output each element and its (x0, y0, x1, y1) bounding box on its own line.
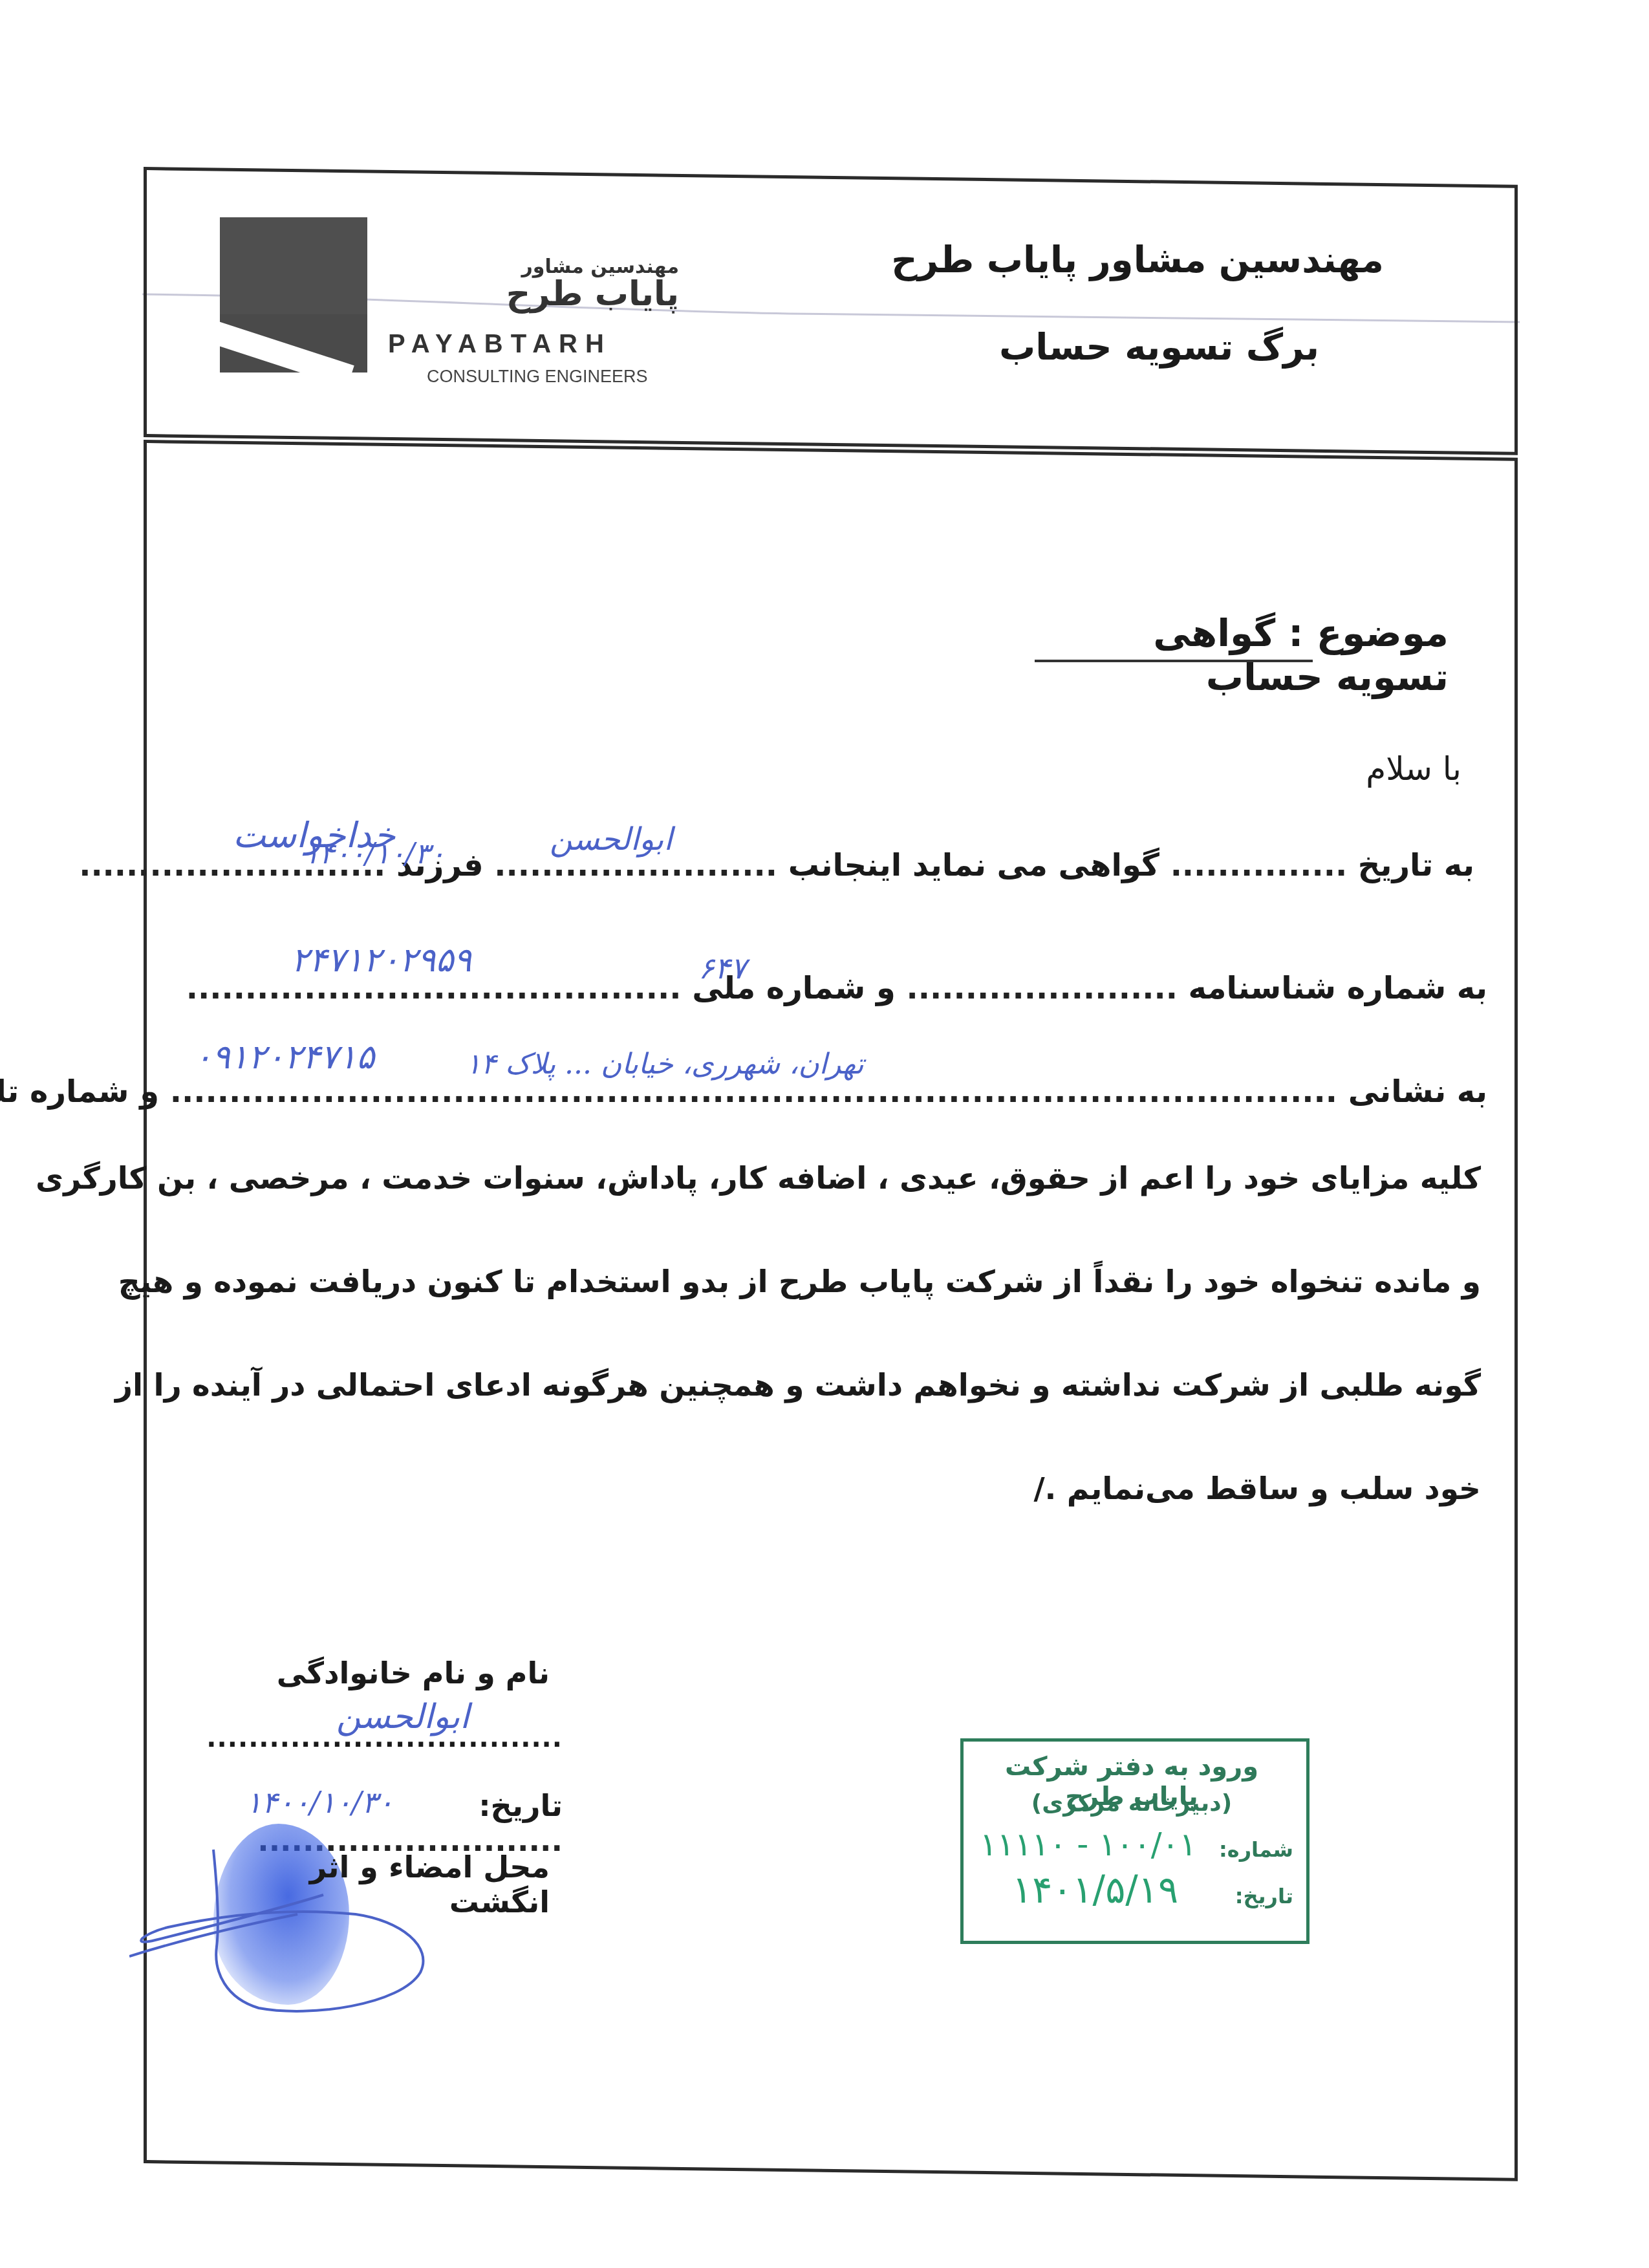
handwritten-name: ابوالحسن (550, 821, 673, 858)
handwritten-father-name: خداخواست (233, 815, 395, 856)
phone-label: و شماره تلفن (0, 1074, 159, 1110)
signature-date-label: تاریخ: (479, 1788, 563, 1823)
logo-persian-name: پایاب طرح (414, 275, 679, 314)
body-paragraph-line: کلیه مزایای خود را اعم از حقوق، عیدی ، ا… (213, 1161, 1481, 1196)
subject-heading: موضوع : گواهی تسویه حساب (1035, 611, 1449, 699)
certify-label: گواهی می نماید اینجانب (788, 847, 1159, 883)
handwritten-address: تهران، شهرری، خیابان ... پلاک ۱۴ (466, 1048, 864, 1081)
stamp-number-label: شماره: (1219, 1837, 1293, 1862)
full-name-label: نام و نام خانوادگی (213, 1656, 550, 1690)
id-number-label: به شماره شناسنامه (1189, 970, 1487, 1006)
logo-english-subtitle: CONSULTING ENGINEERS (427, 367, 648, 387)
handwritten-signatory-name: ابوالحسن (336, 1698, 469, 1736)
greeting: با سلام (1164, 750, 1461, 788)
address-label: به نشانی (1348, 1074, 1487, 1110)
stamp-date-value: ۱۴۰۱/۵/۱۹ (1012, 1868, 1178, 1912)
payabtarh-logo-icon (220, 217, 367, 373)
form-title: برگ تسویه حساب (841, 327, 1319, 369)
handwritten-id-number: ۶۴۷ (698, 951, 746, 986)
signature-scribble-icon (129, 1843, 711, 2057)
handwritten-signatory-date: ۱۴۰۰/۱۰/۳۰ (246, 1785, 394, 1820)
body-paragraph-line: گونه طلبی از شرکت نداشته و نخواهم داشت و… (213, 1368, 1481, 1403)
stamp-number-value: ۱۰۰/۰۱ - ۱۱۱۱۰ (980, 1826, 1196, 1863)
date-field[interactable]: ............... (1170, 847, 1348, 883)
logo-english-name: PAYABTARH (388, 330, 612, 359)
body-paragraph-line: و مانده تنخواه خود را نقداً از شرکت پایا… (213, 1264, 1481, 1300)
body-paragraph-line: خود سلب و ساقط می‌نمایم ./ (213, 1471, 1481, 1507)
subject-underline (1035, 660, 1313, 662)
stamp-subtitle: (دبیرخانه مرکزی) (970, 1790, 1293, 1817)
company-title: مهندسین مشاور پایاب طرح (841, 239, 1384, 281)
handwritten-phone: ۰۹۱۲۰۲۴۷۱۵ (194, 1038, 374, 1077)
stamp-date-label: تاریخ: (1235, 1884, 1293, 1908)
registry-stamp: ورود به دفتر شرکت پایاب طرح (دبیرخانه مر… (960, 1738, 1309, 1944)
date-prefix-label: به تاریخ (1358, 847, 1474, 883)
id-number-field[interactable]: ....................... (906, 970, 1177, 1006)
handwritten-national-id: ۲۴۷۱۲۰۲۹۵۹ (291, 941, 471, 980)
